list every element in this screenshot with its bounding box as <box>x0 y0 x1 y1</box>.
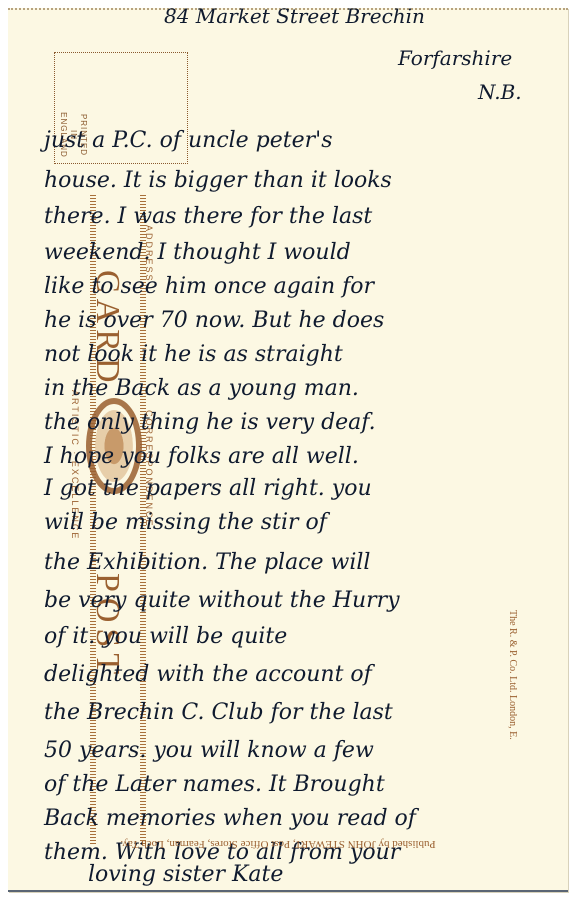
message-line: not look it he is as straight <box>44 342 343 367</box>
signature-line: loving sister Kate <box>88 862 283 887</box>
address-line-1: 84 Market Street Brechin <box>164 4 425 28</box>
message-line: the only thing he is very deaf. <box>44 410 376 435</box>
message-line: of the Later names. It Brought <box>44 772 385 797</box>
message-line: like to see him once again for <box>44 274 374 299</box>
message-line: I got the papers all right. you <box>44 476 372 501</box>
message-line: Back memories when you read of <box>44 806 416 831</box>
message-line: weekend. I thought I would <box>44 240 351 265</box>
message-line: the Brechin C. Club for the last <box>44 700 393 725</box>
address-line-3: N.B. <box>478 80 522 104</box>
message-line: be very quite without the Hurry <box>44 588 400 613</box>
message-line: he is over 70 now. But he does <box>44 308 384 333</box>
message-line: house. It is bigger than it looks <box>44 168 392 193</box>
address-line-2: Forfarshire <box>398 46 512 70</box>
message-line: will be missing the stir of <box>44 510 327 535</box>
message-line: just a P.C. of uncle peter's <box>44 128 333 153</box>
publisher-imprint: Published by JOHN STEWART, Post Office S… <box>68 838 488 850</box>
message-line: in the Back as a young man. <box>44 376 359 401</box>
postcard-back: PRINTED IN ENGLAND CARD POST ADDRESS COR… <box>8 8 568 892</box>
message-line: there. I was there for the last <box>44 204 372 229</box>
message-line: delighted with the account of <box>44 662 372 687</box>
message-line: 50 years. you will know a few <box>44 738 374 763</box>
printer-imprint: The R. & P. Co. Ltd. London, E. <box>507 610 518 740</box>
message-line: the Exhibition. The place will <box>44 550 370 575</box>
message-line: of it. you will be quite <box>44 624 287 649</box>
message-line: I hope you folks are all well. <box>44 444 359 469</box>
